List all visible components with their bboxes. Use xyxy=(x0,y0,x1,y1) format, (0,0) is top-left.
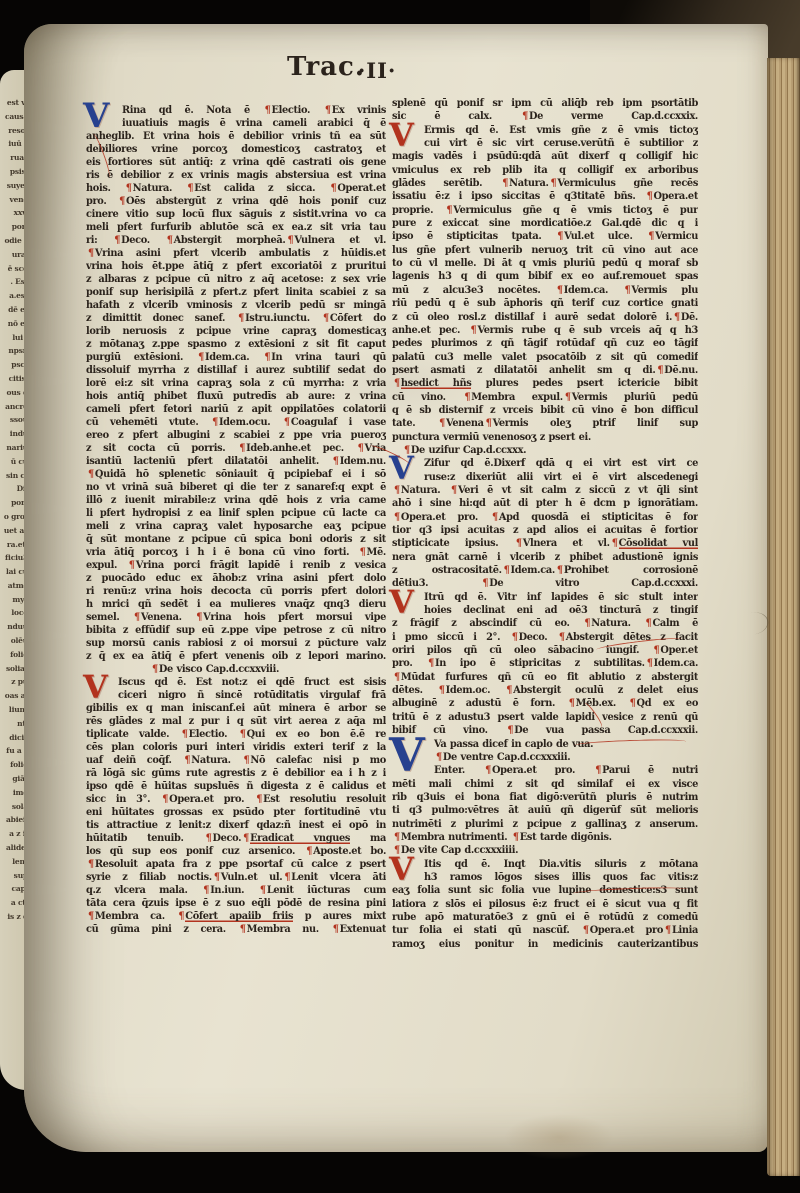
pilcrow-rubric: ¶ xyxy=(444,205,453,216)
pilcrow-rubric: ¶ xyxy=(426,658,435,669)
pilcrow-rubric: ¶ xyxy=(182,755,191,766)
text-line: sic ē calx. ¶De verme Cap.d.ccxxix. xyxy=(392,110,698,123)
pilcrow-rubric: ¶ xyxy=(563,392,572,403)
text-line: ahō i sine hi:qd aūt di pter h ē dcm p i… xyxy=(392,497,698,510)
pilcrow-rubric: ¶ xyxy=(127,560,136,571)
pilcrow-rubric: ¶ xyxy=(254,794,263,805)
pilcrow-rubric: ¶ xyxy=(196,352,205,363)
pilcrow-rubric: ¶ xyxy=(210,417,219,428)
text-line: bibita z effūdif sup eū z.ppe vipe petro… xyxy=(86,624,386,637)
text-line: semel. ¶Venena. ¶Vrina hois pfert morsui… xyxy=(86,611,386,624)
pilcrow-rubric: ¶ xyxy=(392,512,401,523)
pilcrow-rubric: ¶ xyxy=(258,885,267,896)
text-line: li pfert hydropisi z ea linif splen pcip… xyxy=(86,507,386,520)
pilcrow-rubric: ¶ xyxy=(504,685,513,696)
pilcrow-rubric: ¶ xyxy=(555,565,564,576)
parchment-stain xyxy=(504,1114,614,1160)
text-line: h mrici qñ sedēt i ea mulieres vnaq̄z qn… xyxy=(86,598,386,611)
text-line: glādes serētib. ¶Natura.¶Vermiculus gñe … xyxy=(392,177,698,190)
pilcrow-rubric: ¶ xyxy=(502,565,511,576)
pilcrow-rubric: ¶ xyxy=(356,443,365,454)
text-line: cū vino. ¶Membra expul.¶Vermis pluriū pe… xyxy=(392,391,698,404)
text-line: nutrimēti z plurimi z pcipue z gallinaʒ … xyxy=(392,818,698,831)
text-line: ¶Quidā hō splenetic sōniauit q̄ pcipieba… xyxy=(86,468,386,481)
text-line: ris ē debilior z ex vrinis magis absters… xyxy=(86,169,386,182)
pilcrow-rubric: ¶ xyxy=(480,578,489,589)
pilcrow-rubric: ¶ xyxy=(628,698,637,709)
text-line: pro. ¶In ipo ē stipricitas z subtilitas.… xyxy=(392,657,698,670)
text-line: z cū oleo rosl.z distillaf i aurē sedat … xyxy=(392,311,698,324)
pilcrow-rubric: ¶ xyxy=(672,312,681,323)
pilcrow-rubric: ¶ xyxy=(237,443,246,454)
text-line: splenē qū ponif sr ipm cū aliq̄b reb ipm… xyxy=(392,97,698,110)
pilcrow-rubric: ¶ xyxy=(663,925,672,936)
text-line: tis attractiue z lenit:z dixerf qdaz:ñ i… xyxy=(86,819,386,832)
pilcrow-rubric: ¶ xyxy=(646,231,655,242)
pilcrow-rubric: ¶ xyxy=(212,872,221,883)
text-line: gibilis ex q man iniscanf.ei aūt minera … xyxy=(86,702,386,715)
text-line: q.z vlcera mala. ¶In.iun. ¶Lenit iūctura… xyxy=(86,884,386,897)
text-line: eis fortiores sūt antiq̄: z vrina qdē ca… xyxy=(86,156,386,169)
text-line: Itis qd ē. Inqt Dia.vitis siluris z mōta… xyxy=(392,858,698,871)
text-line: dētiu3. ¶De vitro Cap.d.ccxxxi. xyxy=(392,577,698,590)
text-line: tritū ē z adustu3 psert valde lapidi ves… xyxy=(392,711,698,724)
pilcrow-rubric: ¶ xyxy=(86,911,95,922)
pilcrow-rubric: ¶ xyxy=(549,178,558,189)
pilcrow-rubric: ¶ xyxy=(437,418,446,429)
text-line: meli pfert furfurib ablutōe scā ex ea.z … xyxy=(86,221,386,234)
pilcrow-rubric: ¶ xyxy=(557,632,566,643)
text-line: ¶Mūdat furfures qñ cū eo fit ablutio z a… xyxy=(392,671,698,684)
pilcrow-rubric: ¶ xyxy=(514,538,523,549)
text-line: ¶Resoluit apata fra z ppe psortaf cū cal… xyxy=(86,858,386,871)
text-line: debiliores vrine porcoʒ domesticoʒ castr… xyxy=(86,143,386,156)
text-line: z dimittit donec sanef. ¶Istru.iunctu. ¶… xyxy=(86,312,386,325)
pilcrow-rubric: ¶ xyxy=(124,183,133,194)
text-line: ipso qdē ē hūitas supsluēs ñ digesta z ē… xyxy=(86,780,386,793)
text-line: los qū sup eos ponif cuz arsenico. ¶Apos… xyxy=(86,845,386,858)
text-column-left: Rina qd ē. Nota ē ¶Electio. ¶Ex vrinisiu… xyxy=(86,104,386,936)
pilcrow-rubric: ¶ xyxy=(328,183,337,194)
text-line: tāta cera q̄zuis ipse ē z suo eq̄li pōdē… xyxy=(86,897,386,910)
text-line: Itrū qd ē. Vitr inf lapides ē sic stult … xyxy=(392,591,698,604)
text-line: cēs plan coloris puri interi viridis ext… xyxy=(86,741,386,754)
pilcrow-rubric: ¶ xyxy=(358,547,367,558)
text-line: to cū vl melle. Di āt q vmis pluriū pedū… xyxy=(392,257,698,270)
drop-cap-initial: V xyxy=(389,121,414,150)
text-line: rā lōgā sic gūms rute agrestis z ē debil… xyxy=(86,767,386,780)
pilcrow-rubric: ¶ xyxy=(622,285,631,296)
pilcrow-rubric: ¶ xyxy=(86,469,95,480)
pilcrow-rubric: ¶ xyxy=(262,352,271,363)
pilcrow-rubric: ¶ xyxy=(204,833,213,844)
pilcrow-rubric: ¶ xyxy=(117,196,126,207)
text-line: ereo z pfert albugini z scabiei z ppe vr… xyxy=(86,429,386,442)
text-line: ¶De uzifur Cap.d.ccxxx. xyxy=(392,444,698,457)
pilcrow-rubric: ¶ xyxy=(555,285,564,296)
pilcrow-rubric: ¶ xyxy=(644,618,653,629)
text-line: z puocādo educ ex āhob:z vrina asini pfe… xyxy=(86,572,386,585)
pilcrow-rubric: ¶ xyxy=(241,833,250,844)
text-line: no vt vrinā suā biberet qi die ter z san… xyxy=(86,481,386,494)
text-line: tur folia ei stati qū nascūf. ¶Opera.et … xyxy=(392,924,698,937)
text-line: ¶De visco Cap.d.ccxxviii. xyxy=(86,663,386,676)
text-line: dētes. ¶Idem.oc. ¶Abstergit oculū z dele… xyxy=(392,684,698,697)
red-underline: Cōfert apaiib friis xyxy=(185,911,293,922)
text-line: anhe.et pec. ¶Vermis rube q ē sub vrceis… xyxy=(392,324,698,337)
text-line: Ermis qd ē. Est vmis gñe z ē vmis tictoʒ xyxy=(392,124,698,137)
pilcrow-rubric: ¶ xyxy=(511,832,520,843)
book-photo: est vicausaresoliuū zruazpsis.suyetvenex… xyxy=(0,0,800,1193)
pilcrow-rubric: ¶ xyxy=(392,832,401,843)
text-line: hūitatib tenuib. ¶Deco.¶Eradicat vngues … xyxy=(86,832,386,845)
pilcrow-rubric: ¶ xyxy=(185,183,194,194)
text-line: rēs glādes z mal z pur i q sūt virt aere… xyxy=(86,715,386,728)
text-line: ramoʒ eius ponitur in medicinis cauteriz… xyxy=(392,938,698,951)
text-line: cinere vitio sup locū flux sāguis z sist… xyxy=(86,208,386,221)
text-line: hoies declinat eni ad oē3 tincturā z tin… xyxy=(392,604,698,617)
drop-cap-initial: V xyxy=(83,101,109,132)
text-line: ¶Vrina asini pfert vlcerib ambulatis z h… xyxy=(86,247,386,260)
text-line: dissoluif myrrha z distillaf i aurez sub… xyxy=(86,364,386,377)
text-line: vrina hois ēt.ppe ātiq̄ z pfert excoriat… xyxy=(86,260,386,273)
text-line: z ostracositatē.¶Idem.ca.¶Prohibet corro… xyxy=(392,564,698,577)
pilcrow-rubric: ¶ xyxy=(483,765,492,776)
pilcrow-rubric: ¶ xyxy=(132,612,141,623)
red-underline: hsedict hñs xyxy=(401,378,472,389)
pilcrow-rubric: ¶ xyxy=(462,392,471,403)
running-title: Trac. xyxy=(287,52,365,82)
text-line: ri renū:z vrina hois decocta cū porris p… xyxy=(86,585,386,598)
text-line: punctura vermiū venenosoʒ z psert ei. xyxy=(392,431,698,444)
text-line: nera gnāt carnē i vlcerib z phibet adust… xyxy=(392,551,698,564)
pilcrow-rubric: ¶ xyxy=(567,698,576,709)
pilcrow-rubric: ¶ xyxy=(86,248,95,259)
text-line: z albaras z pcipue cū nitro z aq̄ acetos… xyxy=(86,273,386,286)
text-line: cū vehemēti vtute. ¶Idem.ocu. ¶Coagulaf … xyxy=(86,416,386,429)
text-line: issatiu ē:z i ipso siccitas ē q3titatē b… xyxy=(392,190,698,203)
text-line: ¶hsedict hñs plures pedes psert icterici… xyxy=(392,377,698,390)
text-line: ciceri nigro ñ sincē rotūditatis virgula… xyxy=(86,689,386,702)
text-line: illō z iuenit mirabile:z vrina qdē hois … xyxy=(86,494,386,507)
text-line: lorē ei:z sit vrina capraʒ sola z cū myr… xyxy=(86,377,386,390)
text-line: Iscus qd ē. Est not:z ei qdē fruct est s… xyxy=(86,676,386,689)
drop-cap-initial: V xyxy=(389,855,414,884)
text-line: sup morsū canis rabiosi z oi morsui z pū… xyxy=(86,637,386,650)
pilcrow-rubric: ¶ xyxy=(160,794,169,805)
text-line: expul. ¶Vrina porci frāgit lapidē i reni… xyxy=(86,559,386,572)
text-line: isantiū lacteniū pfert dilatatōi anhelit… xyxy=(86,455,386,468)
text-line: tate. ¶Venena¶Vermis oleʒ ptrif linif su… xyxy=(392,417,698,430)
text-line: pro. ¶Oēs abstergūt z vrina qdē hois pon… xyxy=(86,195,386,208)
pilcrow-rubric: ¶ xyxy=(194,612,203,623)
pilcrow-rubric: ¶ xyxy=(236,313,245,324)
text-line: rube apō maturatōe3 z gnū ei ē rotūdū z … xyxy=(392,911,698,924)
text-line: Rina qd ē. Nota ē ¶Electio. ¶Ex vrinis xyxy=(86,104,386,117)
pilcrow-rubric: ¶ xyxy=(176,911,185,922)
text-line: q̄ sūt montane z pcipue cū spica boni od… xyxy=(86,533,386,546)
pilcrow-rubric: ¶ xyxy=(505,725,514,736)
text-line: syrie z filiab noctis.¶Vuln.et ul.¶Lenit… xyxy=(86,871,386,884)
text-line: cū gūma pini z cera. ¶Membra nu. ¶Extenu… xyxy=(86,923,386,936)
pilcrow-rubric: ¶ xyxy=(263,105,272,116)
text-line: cui virt ē sic virt ceruse.verūtñ ē subt… xyxy=(392,137,698,150)
text-line: ponif sup herisipilā z pfert.z pfert lin… xyxy=(86,286,386,299)
text-line: h3 ramos lōgos sises illis quos fac viti… xyxy=(392,871,698,884)
drop-cap-initial: V xyxy=(83,673,108,702)
pilcrow-rubric: ¶ xyxy=(510,632,519,643)
text-line: q ē sb disternif z vrceis bibit cū vino … xyxy=(392,404,698,417)
text-line: ipso ē stipticitas tpata. ¶Vul.et ulce. … xyxy=(392,230,698,243)
pilcrow-rubric: ¶ xyxy=(165,235,174,246)
red-underline: Eradicat vngues xyxy=(250,833,350,844)
pilcrow-rubric: ¶ xyxy=(282,417,291,428)
pilcrow-rubric: ¶ xyxy=(490,512,499,523)
pilcrow-rubric: ¶ xyxy=(241,755,250,766)
text-line: z q̄ ex ea ātiq̄ ē pfert venenis oib z l… xyxy=(86,650,386,663)
text-line: vria ātiq̄ porcoʒ i h i ē bona cū vino f… xyxy=(86,546,386,559)
text-line: ¶Natura. ¶Veri ē vt sit calm z siccū z v… xyxy=(392,484,698,497)
pilcrow-rubric: ¶ xyxy=(520,111,529,122)
text-line: hois antiq̄ phibet fluxū putredīs ab aur… xyxy=(86,390,386,403)
text-line: tior q3 ipsi acuitas z apd alios ei acui… xyxy=(392,524,698,537)
pilcrow-rubric: ¶ xyxy=(610,538,619,549)
text-line: riū pedū q ē sub āphoris qñ terif cuz co… xyxy=(392,297,698,310)
pilcrow-rubric: ¶ xyxy=(645,658,654,669)
pilcrow-rubric: ¶ xyxy=(645,191,654,202)
pilcrow-rubric: ¶ xyxy=(582,618,591,629)
text-line: iuuatiuis magis ē vrina cameli arabici q… xyxy=(86,117,386,130)
pilcrow-rubric: ¶ xyxy=(238,729,247,740)
text-line: uaf deiñ coq̄f. ¶Natura. ¶Nō calefac nis… xyxy=(86,754,386,767)
text-line: psert asmati z dilatatōi anhelit sm q di… xyxy=(392,364,698,377)
pilcrow-rubric: ¶ xyxy=(484,418,493,429)
text-line: tiplicate valde. ¶Electio. ¶Qui ex eo bo… xyxy=(86,728,386,741)
text-line: ruse:z dixeriūt alii virt ei ē virt alsc… xyxy=(392,471,698,484)
pilcrow-rubric: ¶ xyxy=(304,846,313,857)
pilcrow-rubric: ¶ xyxy=(593,765,602,776)
text-line: meli z vrina capraʒ valet hyposarche eaʒ… xyxy=(86,520,386,533)
pilcrow-rubric: ¶ xyxy=(555,231,564,242)
pilcrow-rubric: ¶ xyxy=(331,924,340,935)
text-line: hois. ¶Natura. ¶Est calida z sicca. ¶Ope… xyxy=(86,182,386,195)
text-line: bibif cū vino. ¶De vua passa Cap.d.ccxxx… xyxy=(392,724,698,737)
pilcrow-rubric: ¶ xyxy=(449,485,458,496)
text-line: ¶Opera.et pro. ¶Apd quosdā ei stipticita… xyxy=(392,511,698,524)
text-line: ti q3 pulmo:vētres āt auiū qñ digerūf sū… xyxy=(392,804,698,817)
pilcrow-rubric: ¶ xyxy=(323,105,332,116)
text-line: rib q3uis ei bona fiat digō:verūtñ pluri… xyxy=(392,791,698,804)
text-line: anheglib. Et vrina hois ē debilior vrini… xyxy=(86,130,386,143)
text-line: z sit cocta cū porris. ¶Ideb.anhe.et pec… xyxy=(86,442,386,455)
pilcrow-rubric: ¶ xyxy=(112,235,121,246)
text-line: mū z alcu3e3 nocētes. ¶Idem.ca. ¶Vermis … xyxy=(392,284,698,297)
text-line: pedes plurimos z qñ tāgif rotūdaf qñ cuz… xyxy=(392,337,698,350)
text-line: hafath z vlcerib vminosis z vlcerib pedū… xyxy=(86,299,386,312)
pilcrow-rubric: ¶ xyxy=(652,645,661,656)
text-line: cameli pfert fetori nariū z apit oppilat… xyxy=(86,403,386,416)
text-line: ¶Membra ca. ¶Cōfert apaiib friis p aures… xyxy=(86,910,386,923)
text-line: ri: ¶Deco. ¶Abstergit morpheā.¶Vulnera e… xyxy=(86,234,386,247)
text-line: lagenis h3 q di qum bibif ex eo auf.remo… xyxy=(392,270,698,283)
pilcrow-rubric: ¶ xyxy=(500,178,509,189)
folio-number: ·II· xyxy=(358,58,396,83)
pilcrow-rubric: ¶ xyxy=(437,685,446,696)
text-column-right: splenē qū ponif sr ipm cū aliq̄b reb ipm… xyxy=(392,97,698,951)
text-line: ¶De vite Cap d.ccxxxiiii. xyxy=(392,844,698,857)
text-line: purgiū extēsioni. ¶Idem.ca. ¶In vrina ta… xyxy=(86,351,386,364)
pilcrow-rubric: ¶ xyxy=(331,456,340,467)
text-line: z frāgif z abscindif cū eo. ¶Natura. ¶Ca… xyxy=(392,617,698,630)
pilcrow-rubric: ¶ xyxy=(86,859,95,870)
fore-edge-page-stack xyxy=(767,58,800,1176)
text-line: Zifur qd ē.Dixerf qdā q ei virt est virt… xyxy=(392,457,698,470)
pilcrow-rubric: ¶ xyxy=(201,885,210,896)
pilcrow-rubric: ¶ xyxy=(655,365,664,376)
text-line: vmiculus ex reb plib ita q colligif ex a… xyxy=(392,164,698,177)
text-line: z mōtanaʒ z.ppe spasmo z extēsioni z sit… xyxy=(86,338,386,351)
text-line: eni hūitates grossas ex psūdo pter forti… xyxy=(86,806,386,819)
text-line: palatū cu3 melle valet psocatōib z sit q… xyxy=(392,351,698,364)
pilcrow-rubric: ¶ xyxy=(150,664,159,675)
drop-cap-initial: V xyxy=(389,735,425,776)
pilcrow-rubric: ¶ xyxy=(581,925,590,936)
pilcrow-rubric: ¶ xyxy=(180,729,189,740)
pilcrow-rubric: ¶ xyxy=(238,924,247,935)
text-line: magis vadēs i psūdū:qdā aūt dixerf q col… xyxy=(392,150,698,163)
red-underline: Cōsolidat vul xyxy=(619,538,698,549)
text-line: lus gñe pfert vulnerib neruoʒ trit cū vi… xyxy=(392,244,698,257)
text-line: ¶De ventre Cap.d.ccxxxiii. xyxy=(392,751,698,764)
text-line: latiora z slōs ei pilosus ē:z fruct ei ē… xyxy=(392,898,698,911)
drop-cap-initial: V xyxy=(389,588,414,617)
text-line: ¶Membra nutrimenti. ¶Est tarde digōnis. xyxy=(392,831,698,844)
text-line: albuginē z adustū ē forn. ¶Mēb.ex. ¶Qd e… xyxy=(392,697,698,710)
text-line: mēti mali chimi z sit qd similaf ei ex v… xyxy=(392,778,698,791)
pilcrow-rubric: ¶ xyxy=(392,378,401,389)
pilcrow-rubric: ¶ xyxy=(321,313,330,324)
text-line: pure z exiccat sine mordicatiōe.z Gal.qd… xyxy=(392,217,698,230)
text-line: Enter. ¶Opera.et pro. ¶Parui ē nutri xyxy=(392,764,698,777)
text-line: stipticicate ipsius. ¶Vlnera et vl.¶Cōso… xyxy=(392,537,698,550)
text-line: lorib neruosis z pcipue vrine capraʒ dom… xyxy=(86,325,386,338)
pilcrow-rubric: ¶ xyxy=(282,872,291,883)
text-line: proprie. ¶Vermiculus gñe q ē vmis tictoʒ… xyxy=(392,204,698,217)
pilcrow-rubric: ¶ xyxy=(392,672,401,683)
pilcrow-rubric: ¶ xyxy=(434,752,443,763)
pilcrow-rubric: ¶ xyxy=(469,325,478,336)
text-line: sicc in 3°. ¶Opera.et pro. ¶Est resoluti… xyxy=(86,793,386,806)
pilcrow-rubric: ¶ xyxy=(285,235,294,246)
